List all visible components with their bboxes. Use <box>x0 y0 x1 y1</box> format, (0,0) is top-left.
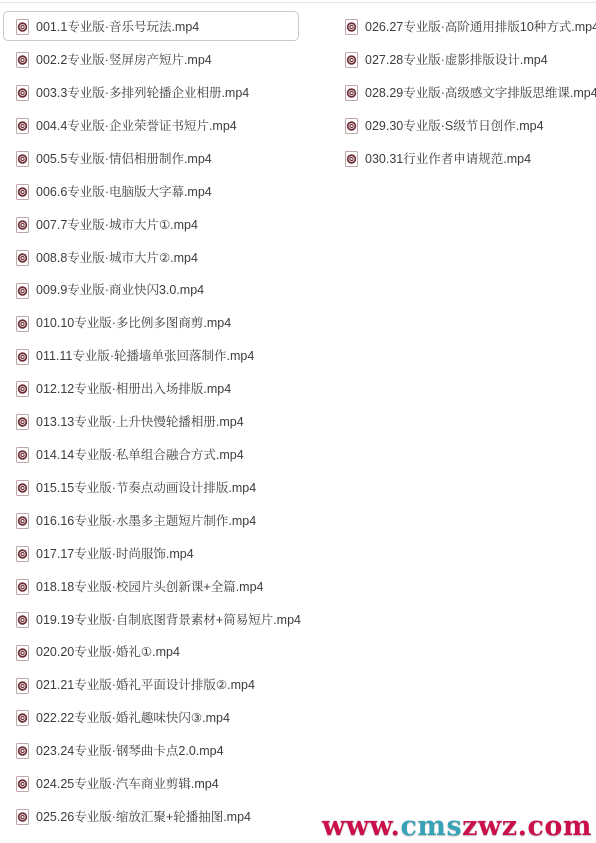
video-file-icon <box>16 283 29 299</box>
list-item[interactable]: 011.11专业版·轮播墙单张回落制作.mp4 <box>0 340 330 373</box>
list-item[interactable]: 018.18专业版·校园片头创新课+全篇.mp4 <box>0 570 330 603</box>
video-file-icon <box>16 118 29 134</box>
file-name: 001.1专业版·音乐号玩法.mp4 <box>36 21 199 34</box>
video-file-icon <box>345 151 358 167</box>
file-name: 008.8专业版·城市大片②.mp4 <box>36 252 198 265</box>
list-item[interactable]: 013.13专业版·上升快慢轮播相册.mp4 <box>0 406 330 439</box>
top-divider <box>0 2 596 3</box>
video-file-icon <box>16 776 29 792</box>
list-item[interactable]: 027.28专业版·虚影排版设计.mp4 <box>329 44 596 77</box>
list-item[interactable]: 002.2专业版·竖屏房产短片.mp4 <box>0 44 330 77</box>
video-file-icon <box>345 118 358 134</box>
file-name: 005.5专业版·情侣相册制作.mp4 <box>36 153 212 166</box>
file-name: 002.2专业版·竖屏房产短片.mp4 <box>36 54 212 67</box>
list-item[interactable]: 019.19专业版·自制底图背景素材+简易短片.mp4 <box>0 603 330 636</box>
video-file-icon <box>16 513 29 529</box>
video-file-icon <box>16 546 29 562</box>
list-item[interactable]: 005.5专业版·情侣相册制作.mp4 <box>0 143 330 176</box>
file-name: 022.22专业版·婚礼趣味快闪③.mp4 <box>36 712 230 725</box>
list-item[interactable]: 009.9专业版·商业快闪3.0.mp4 <box>0 274 330 307</box>
video-file-icon <box>16 316 29 332</box>
file-name: 011.11专业版·轮播墙单张回落制作.mp4 <box>36 350 254 363</box>
file-name: 007.7专业版·城市大片①.mp4 <box>36 219 198 232</box>
video-file-icon <box>345 19 358 35</box>
video-file-icon <box>16 710 29 726</box>
video-file-icon <box>16 151 29 167</box>
file-name: 009.9专业版·商业快闪3.0.mp4 <box>36 284 204 297</box>
file-name: 003.3专业版·多排列轮播企业相册.mp4 <box>36 87 249 100</box>
video-file-icon <box>16 678 29 694</box>
video-file-icon <box>16 52 29 68</box>
file-name: 021.21专业版·婚礼平面设计排版②.mp4 <box>36 679 255 692</box>
list-item[interactable]: 006.6专业版·电脑版大字幕.mp4 <box>0 176 330 209</box>
file-name: 015.15专业版·节奏点动画设计排版.mp4 <box>36 482 256 495</box>
video-file-icon <box>345 52 358 68</box>
list-item[interactable]: 007.7专业版·城市大片①.mp4 <box>0 208 330 241</box>
file-name: 025.26专业版·缩放汇聚+轮播抽图.mp4 <box>36 811 251 824</box>
list-item[interactable]: 012.12专业版·相册出入场排版.mp4 <box>0 373 330 406</box>
list-item[interactable]: 004.4专业版·企业荣誉证书短片.mp4 <box>0 110 330 143</box>
watermark-segment: cms <box>400 811 462 842</box>
watermark-segment: www. <box>322 811 400 842</box>
watermark-segment: zwz.com <box>462 811 592 842</box>
video-file-icon <box>16 743 29 759</box>
list-item[interactable]: 016.16专业版·水墨多主题短片制作.mp4 <box>0 505 330 538</box>
file-list-right-column: 026.27专业版·高阶通用排版10种方式.mp4 027.28专业版·虚影排版… <box>329 11 596 176</box>
list-item[interactable]: 030.31行业作者申请规范.mp4 <box>329 143 596 176</box>
video-file-icon <box>16 19 29 35</box>
list-item[interactable]: 010.10专业版·多比例多图商剪.mp4 <box>0 307 330 340</box>
file-name: 030.31行业作者申请规范.mp4 <box>365 153 531 166</box>
video-file-icon <box>16 612 29 628</box>
video-file-icon <box>16 85 29 101</box>
file-name: 028.29专业版·高级感文字排版思维课.mp4 <box>365 87 596 100</box>
video-file-icon <box>16 184 29 200</box>
file-name: 027.28专业版·虚影排版设计.mp4 <box>365 54 548 67</box>
video-file-icon <box>16 217 29 233</box>
list-item[interactable]: 003.3专业版·多排列轮播企业相册.mp4 <box>0 77 330 110</box>
video-file-icon <box>16 480 29 496</box>
list-item[interactable]: 022.22专业版·婚礼趣味快闪③.mp4 <box>0 702 330 735</box>
file-name: 010.10专业版·多比例多图商剪.mp4 <box>36 317 231 330</box>
list-item[interactable]: 020.20专业版·婚礼①.mp4 <box>0 636 330 669</box>
list-item[interactable]: 023.24专业版·钢琴曲卡点2.0.mp4 <box>0 735 330 768</box>
list-item[interactable]: 008.8专业版·城市大片②.mp4 <box>0 241 330 274</box>
video-file-icon <box>16 250 29 266</box>
video-file-icon <box>345 85 358 101</box>
list-item[interactable]: 028.29专业版·高级感文字排版思维课.mp4 <box>329 77 596 110</box>
list-item[interactable]: 026.27专业版·高阶通用排版10种方式.mp4 <box>329 11 596 44</box>
file-name: 018.18专业版·校园片头创新课+全篇.mp4 <box>36 581 264 594</box>
video-file-icon <box>16 381 29 397</box>
list-item[interactable]: 014.14专业版·私单组合融合方式.mp4 <box>0 439 330 472</box>
file-name: 017.17专业版·时尚服饰.mp4 <box>36 548 194 561</box>
list-item[interactable]: 029.30专业版·S级节日创作.mp4 <box>329 110 596 143</box>
file-name: 024.25专业版·汽车商业剪辑.mp4 <box>36 778 219 791</box>
file-name: 012.12专业版·相册出入场排版.mp4 <box>36 383 231 396</box>
file-name: 013.13专业版·上升快慢轮播相册.mp4 <box>36 416 244 429</box>
list-item[interactable]: 015.15专业版·节奏点动画设计排版.mp4 <box>0 472 330 505</box>
file-name: 023.24专业版·钢琴曲卡点2.0.mp4 <box>36 745 224 758</box>
video-file-icon <box>16 579 29 595</box>
file-name: 019.19专业版·自制底图背景素材+简易短片.mp4 <box>36 614 301 627</box>
watermark: www.cmszwz.com <box>322 812 592 842</box>
list-item[interactable]: 025.26专业版·缩放汇聚+轮播抽图.mp4 <box>0 801 330 834</box>
list-item[interactable]: 001.1专业版·音乐号玩法.mp4 <box>0 11 330 44</box>
file-list-left-column: 001.1专业版·音乐号玩法.mp4 002.2专业版·竖屏房产短片.mp4 0… <box>0 11 330 834</box>
file-name: 029.30专业版·S级节日创作.mp4 <box>365 120 544 133</box>
list-item[interactable]: 017.17专业版·时尚服饰.mp4 <box>0 538 330 571</box>
video-file-icon <box>16 645 29 661</box>
video-file-icon <box>16 349 29 365</box>
list-item[interactable]: 021.21专业版·婚礼平面设计排版②.mp4 <box>0 669 330 702</box>
video-file-icon <box>16 447 29 463</box>
file-name: 020.20专业版·婚礼①.mp4 <box>36 646 180 659</box>
file-name: 004.4专业版·企业荣誉证书短片.mp4 <box>36 120 237 133</box>
video-file-icon <box>16 414 29 430</box>
file-name: 014.14专业版·私单组合融合方式.mp4 <box>36 449 244 462</box>
file-name: 006.6专业版·电脑版大字幕.mp4 <box>36 186 212 199</box>
file-name: 016.16专业版·水墨多主题短片制作.mp4 <box>36 515 256 528</box>
list-item[interactable]: 024.25专业版·汽车商业剪辑.mp4 <box>0 768 330 801</box>
video-file-icon <box>16 809 29 825</box>
file-name: 026.27专业版·高阶通用排版10种方式.mp4 <box>365 21 596 34</box>
